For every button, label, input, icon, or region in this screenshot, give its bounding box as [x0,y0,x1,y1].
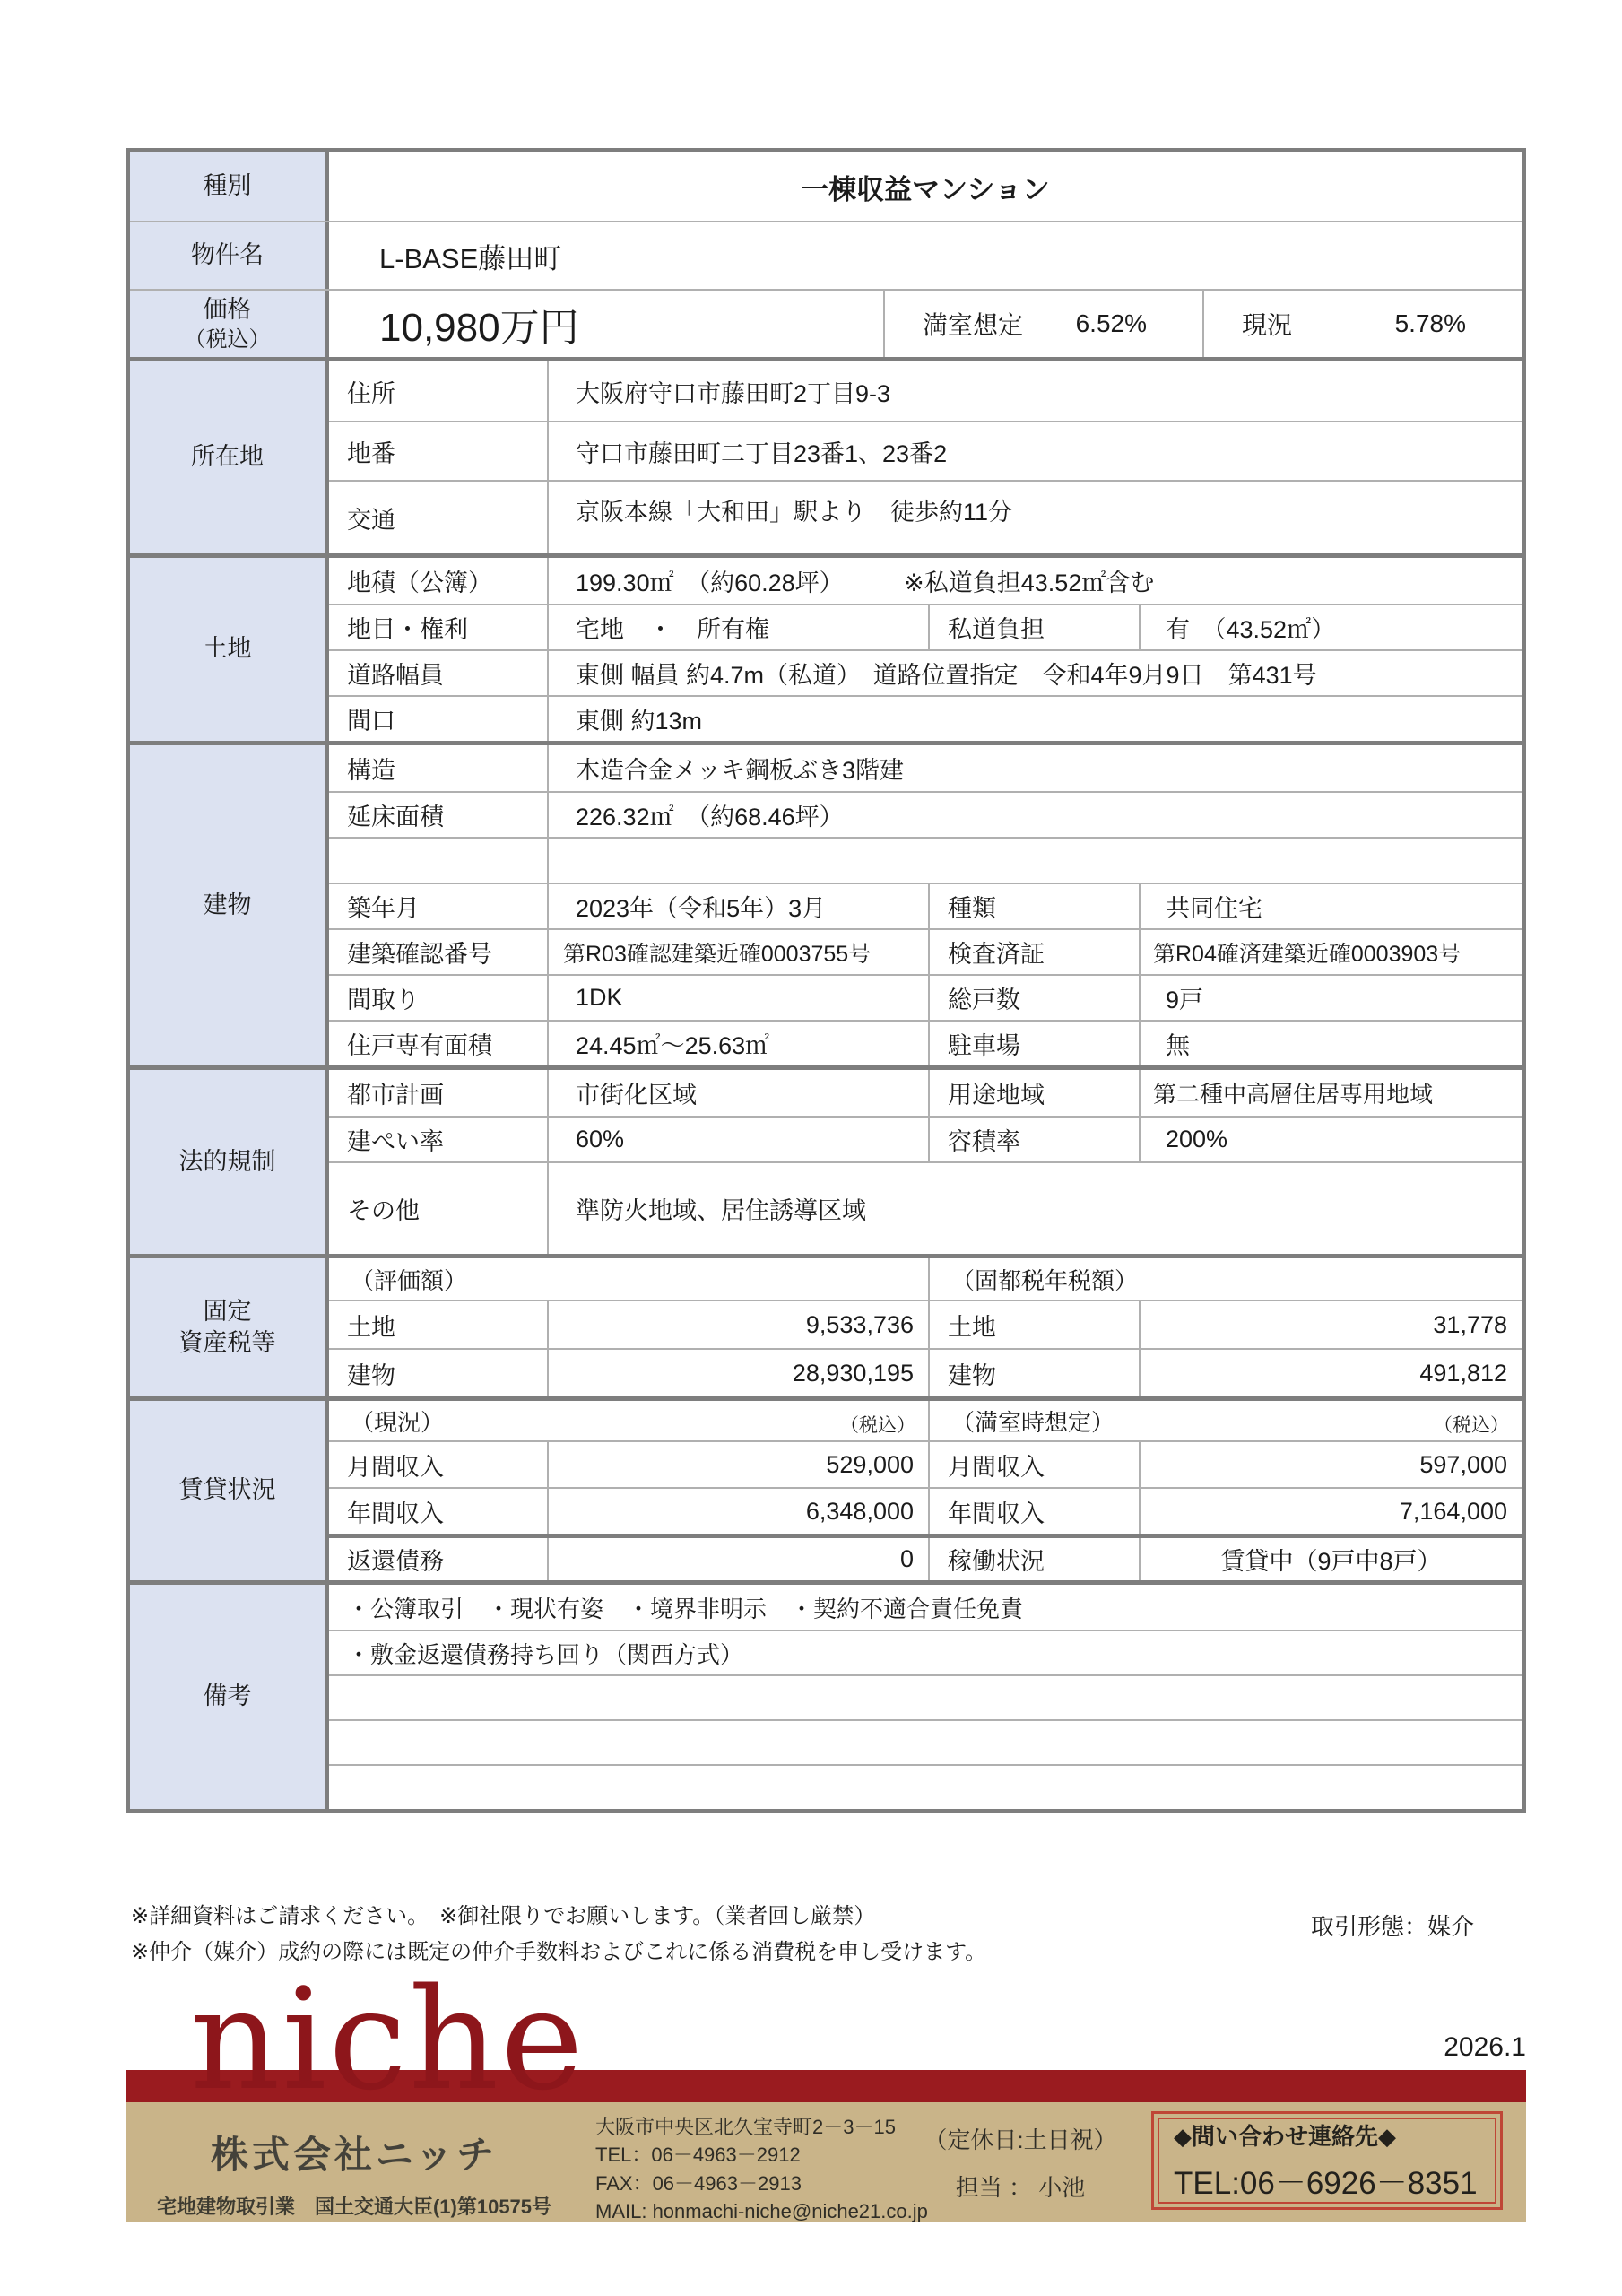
holiday-note: （定休日:土日祝） [889,2122,1151,2155]
remarks-line [329,1674,1522,1719]
row-price: 価格 （税込） 10,980万円 満室想定 6.52% 現況 5.78% [130,289,1522,357]
row-city-plan: 都市計画 市街化区域 用途地域 第二種中高層住居専用地域 [329,1070,1522,1116]
row-access: 交通 京阪本線「大和田」駅より 徒歩約11分 [329,480,1522,553]
row-tax-land: 土地 9,533,736 土地 31,778 [329,1300,1522,1348]
company-block: 株式会社ニッチ 宅地建物取引業 国土交通大臣(1)第10575号 [134,2126,574,2220]
rent-section-label: 賃貸状況 [130,1401,329,1580]
row-rent-headers: （現況） （税込） （満室時想定） （税込） [329,1401,1522,1440]
row-deposit: 返還債務 0 稼働状況 賃貸中（9戸中8戸） [329,1534,1522,1580]
location-section-label: 所在地 [130,361,329,553]
row-legal-other: その他 準防火地域、居住誘導区域 [329,1161,1522,1254]
footnote-request-docs: ※詳細資料はご請求ください。 ※御社限りでお願いします。（業者回し厳禁） [131,1898,875,1929]
building-section-label: 建物 [130,745,329,1065]
row-structure: 構造 木造合金メッキ鋼板ぶき3階建 [329,745,1522,791]
remarks-line: ・公簿取引 ・現状有姿 ・境界非明示 ・契約不適合責任免責 [329,1585,1522,1630]
property-name-value: L-BASE藤田町 [329,222,1522,289]
yield-current-cell: 現況 5.78% [1202,291,1522,357]
row-frontage: 間口 東側 約13m [329,695,1522,741]
holiday-staff-block: （定休日:土日祝） 担当 ： 小池 [889,2122,1151,2203]
niche-logo: niche [190,1970,585,2109]
category-label: 種別 [130,152,329,221]
contact-title: ◆問い合わせ連絡先◆ [1174,2118,1495,2152]
row-monthly-income: 月間収入 529,000 月間収入 597,000 [329,1440,1522,1487]
property-name-label: 物件名 [130,222,329,289]
row-built-year: 築年月 2023年（令和5年）3月 種類 共同住宅 [329,883,1522,928]
row-tax-headers: （評価額） （固都税年税額） [329,1258,1522,1300]
price-value: 10,980万円 [329,291,883,357]
row-annual-income: 年間収入 6,348,000 年間収入 7,164,000 [329,1487,1522,1534]
staff-name: 担当 ： 小池 [889,2170,1151,2203]
section-land: 土地 地積（公簿） 199.30㎡ （約60.28坪） ※私道負担43.52㎡含… [130,553,1522,741]
land-section-label: 土地 [130,558,329,741]
legal-section-label: 法的規制 [130,1070,329,1254]
property-table: 種別 一棟収益マンション 物件名 L-BASE藤田町 価格 （税込） 10,98… [126,148,1526,1813]
price-label: 価格 （税込） [130,291,329,357]
row-category: 種別 一棟収益マンション [130,152,1522,221]
tax-section-label: 固定 資産税等 [130,1258,329,1396]
contact-box: ◆問い合わせ連絡先◆ TEL:06－6926－8351 [1151,2111,1503,2210]
company-mail: MAIL: honmachi-niche@niche21.co.jp [595,2197,928,2225]
category-value: 一棟収益マンション [329,152,1522,221]
yield-full-cell: 満室想定 6.52% [883,291,1202,357]
section-rent: 賃貸状況 （現況） （税込） （満室時想定） （税込） [130,1396,1522,1580]
property-flyer-page: 種別 一棟収益マンション 物件名 L-BASE藤田町 価格 （税込） 10,98… [0,0,1622,2296]
row-land-category: 地目・権利 宅地 ・ 所有権 私道負担 有 （43.52㎡） [329,604,1522,649]
section-location: 所在地 住所 大阪府守口市藤田町2丁目9-3 地番 守口市藤田町二丁目23番1、… [130,357,1522,553]
row-layout: 間取り 1DK 総戸数 9戸 [329,974,1522,1020]
row-confirmation: 建築確認番号 第R03確認建築近確0003755号 検査済証 第R04確済建築近… [329,928,1522,974]
contact-tel: TEL:06－6926－8351 [1174,2159,1495,2204]
remarks-line [329,1764,1522,1809]
issue-date: 2026.1 [1300,2032,1526,2063]
row-road-width: 道路幅員 東側 幅員 約4.7m（私道） 道路位置指定 令和4年9月9日 第43… [329,649,1522,695]
section-remarks: 備考 ・公簿取引 ・現状有姿 ・境界非明示 ・契約不適合責任免責 ・敷金返還債務… [130,1580,1522,1809]
row-property-name: 物件名 L-BASE藤田町 [130,221,1522,289]
section-building: 建物 構造 木造合金メッキ鋼板ぶき3階建 延床面積 226.32㎡ （約68.4… [130,741,1522,1065]
row-tax-building: 建物 28,930,195 建物 491,812 [329,1348,1522,1396]
row-address: 住所 大阪府守口市藤田町2丁目9-3 [329,361,1522,421]
row-coverage: 建ぺい率 60% 容積率 200% [329,1116,1522,1161]
section-tax: 固定 資産税等 （評価額） （固都税年税額） 土地 9,533,736 土地 3… [130,1254,1522,1396]
transaction-type: 取引形態：媒介 [1311,1909,1474,1942]
row-unit-area: 住戸専有面積 24.45㎡～25.63㎡ 駐車場 無 [329,1020,1522,1065]
row-lot-number: 地番 守口市藤田町二丁目23番1、23番2 [329,421,1522,480]
row-floor-area: 延床面積 226.32㎡ （約68.46坪） [329,791,1522,837]
company-fax: FAX：06－4963－2913 [595,2170,928,2197]
remarks-line [329,1719,1522,1764]
company-license: 宅地建物取引業 国土交通大臣(1)第10575号 [134,2192,574,2220]
company-name: 株式会社ニッチ [134,2126,574,2179]
row-building-empty [329,837,1522,883]
company-address: 大阪市中央区北久宝寺町2－3－15 [595,2113,928,2141]
company-tel: TEL：06－4963－2912 [595,2141,928,2169]
row-land-area: 地積（公簿） 199.30㎡ （約60.28坪） ※私道負担43.52㎡含む [329,558,1522,604]
section-legal: 法的規制 都市計画 市街化区域 用途地域 第二種中高層住居専用地域 建ぺい率 6… [130,1065,1522,1254]
remarks-line: ・敷金返還債務持ち回り（関西方式） [329,1630,1522,1674]
remarks-section-label: 備考 [130,1585,329,1809]
company-contact-block: 大阪市中央区北久宝寺町2－3－15 TEL：06－4963－2912 FAX：0… [595,2113,928,2226]
